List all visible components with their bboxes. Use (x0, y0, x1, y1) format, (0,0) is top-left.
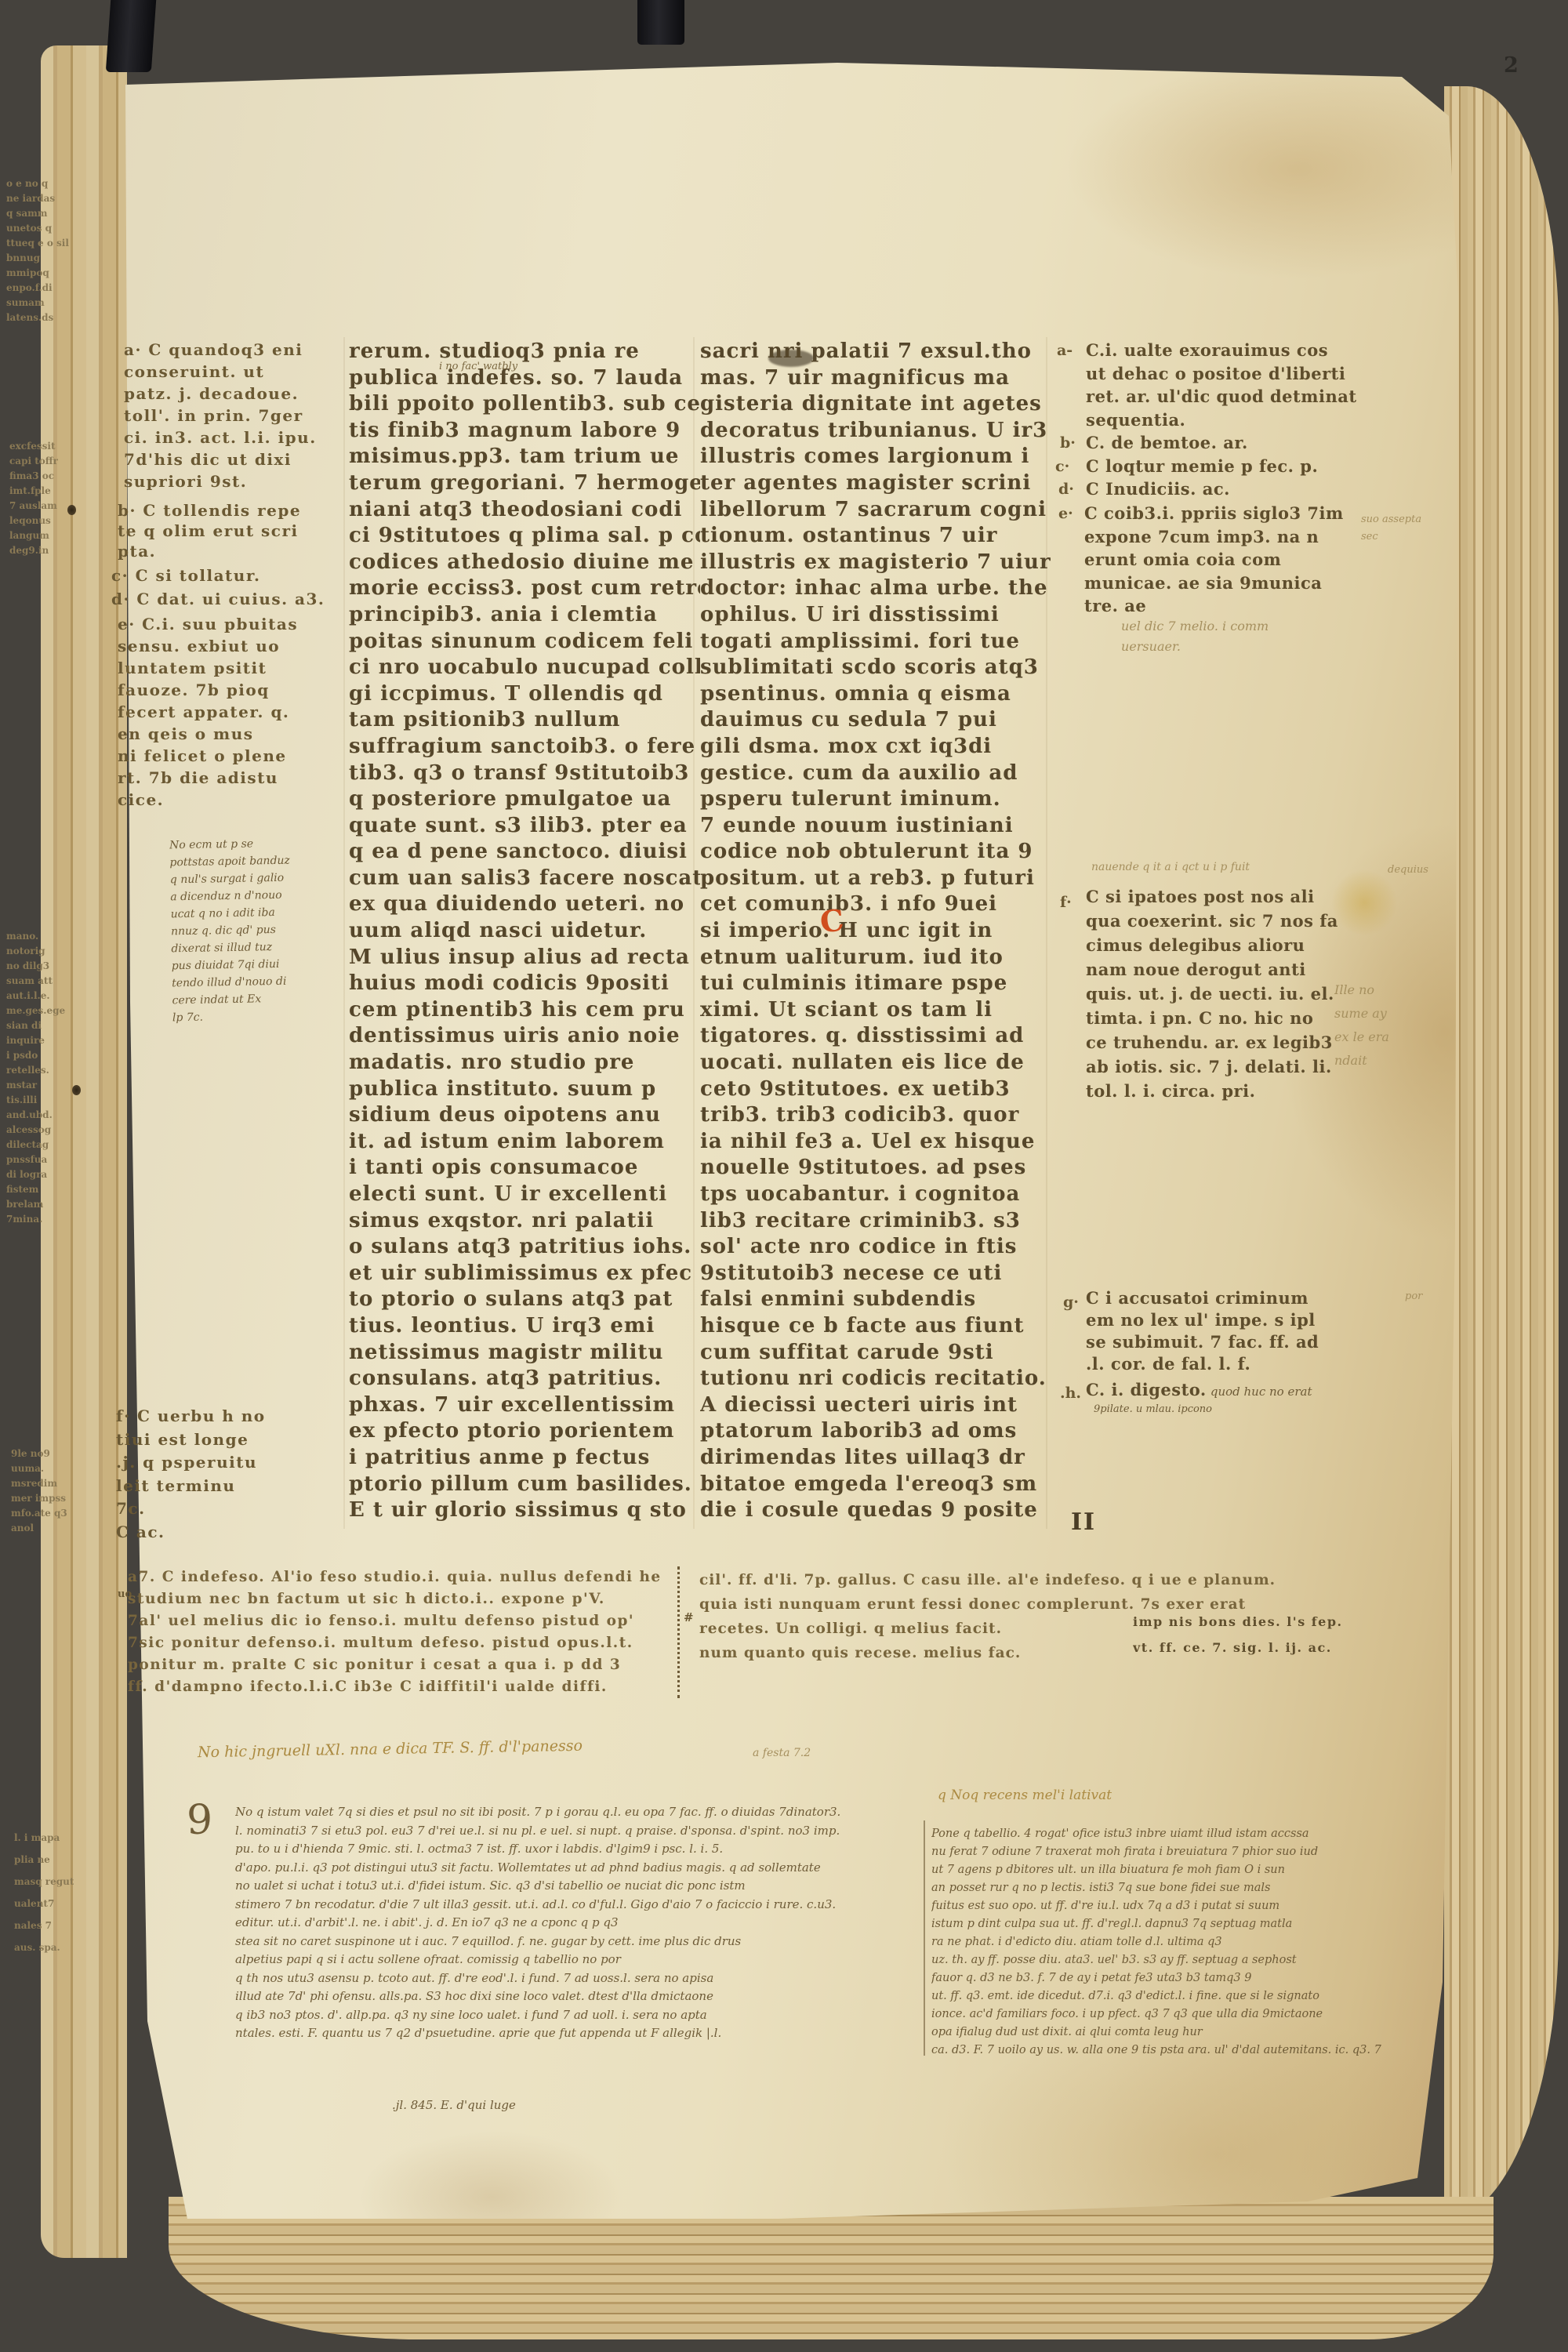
gloss-f: f· C uerbu h notiui est longe.j. q psper… (116, 1405, 266, 1544)
gloss-b: b· C tollendis repete q olim erut script… (118, 500, 301, 561)
gloss-line: te q olim erut scri (118, 521, 301, 541)
gloss-line: studium nec bn factum ut sic h dicto.i..… (128, 1588, 662, 1610)
gloss-line: timta. i pn. C no. hic no (1086, 1006, 1338, 1030)
gloss-line: C loqtur memie p fec. p. (1086, 455, 1318, 478)
text-line: doctor: inhac alma urbe. the (700, 575, 1051, 602)
note-line: stimero 7 bn recodatur. d'die 7 ult illa… (235, 1896, 840, 1915)
gloss-line: pta. (118, 541, 301, 561)
text-line: q ea d pene sanctoco. diuisi (349, 839, 700, 866)
interlinear-note: i no fac' watbly (439, 361, 517, 372)
note-line: ucat q no i adit iba (170, 904, 291, 924)
text-line: sol' acte nro codice in ftis (700, 1234, 1051, 1261)
text-line: huius modi codicis 9positi (349, 971, 700, 997)
gloss-line: patz. j. decadoue. (124, 383, 317, 405)
gloss-block-c: C loqtur memie p fec. p. (1086, 455, 1318, 478)
gloss-line: ni felicet o plene (118, 745, 298, 767)
note-line: ca. d3. F. 7 uoilo ay us. w. alla one 9 … (931, 2042, 1381, 2060)
text-line: morie ecciss3. post cum retro (349, 575, 700, 602)
gloss-line: ci. in3. act. l.i. ipu. (124, 426, 317, 448)
annotation-divider (924, 1820, 925, 2056)
note-line: ntales. esti. F. quantu us 7 q2 d'psuetu… (235, 2024, 840, 2043)
gloss-block-f: C si ipatoes post nos aliqua coexerint. … (1086, 884, 1338, 1103)
text-line: tutionu nri codicis recitatio. (700, 1366, 1051, 1392)
gloss-line: 7al' uel melius dic io fenso.i. multu de… (128, 1610, 662, 1632)
note-line: q nul's surgat i galio (170, 869, 291, 889)
text-line: dirimendas lites uillaq3 dr (700, 1445, 1051, 1472)
note-line: ut 7 agens p dbitores ult. un illa biuat… (931, 1861, 1381, 1879)
annotation-block-right: Pone q tabellio. 4 rogat' ofice istu3 in… (931, 1825, 1381, 2060)
note-line: ut. ff. q3. emt. ide dicedut. d7.i. q3 d… (931, 1987, 1381, 2005)
main-text-column-1: rerum. studioq3 pnia republica indefes. … (349, 339, 700, 1524)
gloss-line: vt. ff. ce. 7. sig. l. ij. ac. (1133, 1635, 1343, 1661)
gloss-line: a7. C indefeso. Al'io feso studio.i. qui… (128, 1566, 662, 1588)
gloss-line: b· C tollendis repe (118, 500, 301, 521)
note-line: Pone q tabellio. 4 rogat' ofice istu3 in… (931, 1825, 1381, 1843)
note-line: tendo illud d'nouo di (172, 973, 292, 993)
gloss-line: ce truhendu. ar. ex legib3 (1086, 1030, 1338, 1054)
note-line: alpetius papi q si i actu sollene ofraat… (235, 1951, 840, 1969)
text-line: it. ad istum enim laborem (349, 1129, 700, 1156)
text-line: codices athedosio diuine me (349, 550, 700, 576)
text-line: poitas sinunum codicem feli (349, 629, 700, 655)
text-line: tionum. ostantinus 7 uir (700, 523, 1051, 550)
gloss-line: tiui est longe (116, 1428, 266, 1452)
text-line: ex qua diuidendo ueteri. no (349, 891, 700, 918)
text-line: et uir sublimissimus ex pfec (349, 1261, 700, 1287)
gloss-h-note2: 9pilate. u mlau. ipcono (1094, 1403, 1212, 1415)
text-line: principib3. ania i clemtia (349, 602, 700, 629)
gloss-line: fauoze. 7b pioq (118, 679, 298, 701)
gloss-line: cil'. ff. d'li. 7p. gallus. C casu ille.… (699, 1568, 1276, 1592)
faint-pol: por (1405, 1290, 1422, 1302)
text-line: A diecissi uecteri uiris int (700, 1392, 1051, 1419)
gloss-e: e· C.i. suu pbuitassensu. exbiut uolunta… (118, 613, 298, 811)
gloss-line: sensu. exbiut uo (118, 635, 298, 657)
gloss-marker-d: d· (1058, 481, 1074, 498)
text-line: dauimus cu sedula 7 pui (700, 707, 1051, 734)
text-line: electi sunt. U ir excellenti (349, 1181, 700, 1208)
gloss-a: a· C quandoq3 eniconseruint. utpatz. j. … (124, 339, 317, 492)
main-text-column-2: sacri nri palatii 7 exsul.thomas. 7 uir … (700, 339, 1051, 1524)
gloss-line: .l. cor. de fal. l. f. (1086, 1353, 1319, 1375)
text-line: ptorio pillum cum basilides. (349, 1472, 700, 1498)
text-line: mas. 7 uir magnificus ma (700, 365, 1051, 392)
gloss-line: ponitur m. pralte C sic ponitur i cesat … (128, 1654, 662, 1676)
hash-mark: # (684, 1610, 694, 1624)
text-line: tam psitionib3 nullum (349, 707, 700, 734)
text-line: gisteria dignitate int agetes (700, 391, 1051, 418)
note-line: pus diuidat 7qi diui (172, 956, 292, 975)
text-line: publica indefes. so. 7 lauda (349, 365, 700, 392)
gloss-h-label: C. i. digesto. (1086, 1380, 1207, 1399)
column-rule (343, 337, 345, 1529)
gloss-line: supriori 9st. (124, 470, 317, 492)
gloss-line: en qeis o mus (118, 723, 298, 745)
text-line: psentinus. omnia q eisma (700, 681, 1051, 708)
gloss-line: ret. ar. ul'dic quod detminat (1086, 385, 1357, 408)
text-line: ptatorum laborib3 ad oms (700, 1418, 1051, 1445)
gloss-d: d· C dat. ui cuius. a3. (111, 588, 325, 610)
gloss-line: quis. ut. j. de uecti. iu. el. (1086, 982, 1338, 1006)
text-line: ter agentes magister scrini (700, 470, 1051, 497)
text-line: bili ppoito pollentib3. sub cer (349, 391, 700, 418)
text-line: die i cosule quedas 9 posite (700, 1497, 1051, 1524)
text-line: ex pfecto ptorio porientem (349, 1418, 700, 1445)
note-line: editur. ut.i. d'arbit'.l. ne. i abit'. j… (235, 1914, 840, 1933)
margin-cursive-note: No ecm ut p sepottstas apoit banduzq nul… (169, 835, 293, 1027)
text-line: decoratus tribunianus. U ir3 (700, 418, 1051, 445)
edge-fragments-mid: mano.notorigno dilg3suam attaut.i.l.e.me… (6, 929, 65, 1227)
note-line: No ecm ut p se (169, 835, 290, 855)
note-line: an posset rur q no p lectis. isti3 7q su… (931, 1879, 1381, 1897)
text-line: phxas. 7 uir excellentissim (349, 1392, 700, 1419)
gloss-line: ff. d'dampno ifecto.l.i.C ib3e C idiffit… (128, 1676, 662, 1698)
text-line: tps uocabantur. i cognitoa (700, 1181, 1051, 1208)
gloss-e-faint-tail: uel dic 7 melio. i commuersuaer. (1121, 616, 1269, 657)
faint-dequius: dequius (1388, 864, 1428, 876)
gloss-line: imp nis bons dies. l's fep. (1133, 1609, 1343, 1635)
text-line: quate sunt. s3 ilib3. pter ea (349, 813, 700, 840)
text-line: nouelle 9stitutoes. ad pses (700, 1155, 1051, 1181)
gloss-line: ut dehac o positoe d'liberti (1086, 362, 1357, 386)
text-line: gi iccpimus. T ollendis qd (349, 681, 700, 708)
gloss-line: e· C.i. suu pbuitas (118, 613, 298, 635)
gloss-line: c· C si tollatur. (111, 564, 260, 586)
note-line: pottstas apoit banduz (169, 852, 290, 872)
gloss-line: a· C quandoq3 eni (124, 339, 317, 361)
text-line: uocati. nullaten eis lice de (700, 1050, 1051, 1076)
text-line: M ulius insup alius ad recta (349, 945, 700, 971)
text-line: cem ptinentib3 his cem pru (349, 997, 700, 1024)
text-line: rerum. studioq3 pnia re (349, 339, 700, 365)
binding-strap-icon (106, 0, 156, 72)
note-line: istum p dint culpa sua ut. ff. d'regl.l.… (931, 1915, 1381, 1933)
text-line: madatis. nro studio pre (349, 1050, 700, 1076)
text-line: libellorum 7 sacrarum cogni (700, 497, 1051, 524)
gloss-line: rt. 7b die adistu (118, 767, 298, 789)
text-line: cum suffitat carude 9sti (700, 1340, 1051, 1367)
gloss-line: leit terminu (116, 1475, 266, 1498)
note-line: lp 7c. (172, 1007, 293, 1027)
gloss-line: expone 7cum imp3. na n (1084, 525, 1344, 549)
gloss-line: qua coexerint. sic 7 nos fa (1086, 909, 1338, 933)
annotation-block-left: No q istum valet 7q si dies et psul no s… (235, 1803, 840, 2043)
gloss-block-a: C.i. ualte exorauimus cosut dehac o posi… (1086, 339, 1357, 431)
gloss-line: C si ipatoes post nos ali (1086, 884, 1338, 909)
gloss-line: ab iotis. sic. 7 j. delati. li. (1086, 1054, 1338, 1079)
note-line: q ib3 no3 ptos. d'. allp.pa. q3 ny sine … (235, 2006, 840, 2025)
gloss-marker-c: c· (1055, 458, 1069, 475)
note-line: uz. th. ay ff. posse diu. ata3. uel' b3.… (931, 1951, 1381, 1969)
text-line: o sulans atq3 patritius iohs. (349, 1234, 700, 1261)
gloss-line: 7d'his dic ut dixi (124, 448, 317, 470)
text-line: positum. ut a reb3. p futuri (700, 866, 1051, 892)
gloss-line: C Inudiciis. ac. (1086, 477, 1230, 501)
text-line: gestice. cum da auxilio ad (700, 760, 1051, 787)
text-line: sublimitati scdo scoris atq3 (700, 655, 1051, 681)
text-line: illustris ex magisterio 7 uiur (700, 550, 1051, 576)
note-line: fauor q. d3 ne b3. f. 7 de ay i petat fe… (931, 1969, 1381, 1987)
gloss-line: C. de bemtoe. ar. (1086, 431, 1248, 455)
text-line: dentissimus uiris anio noie (349, 1023, 700, 1050)
gloss-line: nam noue derogut anti (1086, 957, 1338, 982)
text-line: consulans. atq3 patritius. (349, 1366, 700, 1392)
note-line: cere indat ut Ex (172, 990, 292, 1010)
gloss-divider-dotted (677, 1566, 681, 1698)
paragraph-sign: 9 (187, 1797, 212, 1844)
gloss-line: C ac. (116, 1521, 266, 1544)
photo-backdrop: 2 o e no qne iardasq sammunetos qttueq e… (0, 0, 1568, 2352)
text-line: tib3. q3 o transf 9stitutoib3 (349, 760, 700, 787)
text-line: 7 eunde nouum iustiniani (700, 813, 1051, 840)
gloss-h-note: quod huc no erat (1210, 1385, 1312, 1399)
note-line: ra ne phat. i d'edicto diu. atiam tolle … (931, 1933, 1381, 1951)
text-line: i tanti opis consumacoe (349, 1155, 700, 1181)
text-line: uum aliqd nasci uidetur. (349, 918, 700, 945)
gloss-marker-g: g· (1063, 1294, 1079, 1311)
text-line: ophilus. U iri disstissimi (700, 602, 1051, 629)
gloss-marker-h: .h. (1060, 1385, 1081, 1402)
edge-fragments-top: o e no qne iardasq sammunetos qttueq e o… (6, 176, 69, 325)
text-line: ci nro uocabulo nucupad colli (349, 655, 700, 681)
text-line: hisque ce b facte aus fiunt (700, 1313, 1051, 1340)
gloss-line: f· C uerbu h no (116, 1405, 266, 1428)
text-line: si imperio. H unc igit in (700, 918, 1051, 945)
text-line: trib3. trib3 codicib3. quor (700, 1102, 1051, 1129)
gloss-block-h: C. i. digesto. quod huc no erat (1086, 1378, 1312, 1402)
gloss-line: em no lex ul' impe. s ipl (1086, 1309, 1319, 1331)
gloss-line: sequentia. (1086, 408, 1357, 432)
text-line: simus exqstor. nri palatii (349, 1208, 700, 1235)
annotation-right-heading: q Noq recens mel'i lativat (938, 1788, 1112, 1803)
faint-note-suo: suo asseptasec (1361, 511, 1421, 546)
edge-fragments-lower: 9le no9uuma.msredimmer impssmfo.ate q3an… (11, 1446, 67, 1536)
text-line: sacri nri palatii 7 exsul.tho (700, 339, 1051, 365)
note-line: l. nominati3 7 si etu3 pol. eu3 7 d'rei … (235, 1822, 840, 1841)
text-line: 9stitutoib3 necese ce uti (700, 1261, 1051, 1287)
gloss-line: C coib3.i. ppriis siglo3 7im (1084, 502, 1344, 525)
faint-line-mid: nauende q it a i qct u i p fuit (1091, 861, 1250, 873)
text-line: to ptorio o sulans atq3 pat (349, 1287, 700, 1313)
text-line: terum gregoriani. 7 hermoge (349, 470, 700, 497)
note-line: no ualet si uchat i totu3 ut.i. d'fidei … (235, 1877, 840, 1896)
gloss-line: erunt omia coia com (1084, 548, 1344, 572)
text-line: netissimus magistr militu (349, 1340, 700, 1367)
gloss-line: toll'. in prin. 7ger (124, 405, 317, 426)
gloss-line: conseruint. ut (124, 361, 317, 383)
edge-fragments-upper: excfessitcapi toffrfima3 ocimt.fple7 aus… (9, 439, 58, 558)
gloss-line: luntatem psitit (118, 657, 298, 679)
quire-mark: II (1071, 1508, 1096, 1536)
gloss-line: cimus delegibus alioru (1086, 933, 1338, 957)
gloss-line: C.i. ualte exorauimus cos (1086, 339, 1357, 362)
gloss-marker-a: a- (1057, 342, 1073, 359)
gloss-line: .j. q psperuitu (116, 1451, 266, 1475)
text-line: ceto 9stitutoes. ex uetib3 (700, 1076, 1051, 1103)
gloss-marker-b: b· (1060, 434, 1076, 452)
text-line: psperu tulerunt iminum. (700, 786, 1051, 813)
text-line: togati amplissimi. fori tue (700, 629, 1051, 655)
text-line: gili dsma. mox cxt iq3di (700, 734, 1051, 760)
bottom-gloss-left: a7. C indefeso. Al'io feso studio.i. qui… (128, 1566, 662, 1698)
fore-edge-pages (1444, 86, 1559, 2220)
text-line: tius. leontius. U irq3 emi (349, 1313, 700, 1340)
note-line: a dicenduz n d'nouo (170, 887, 291, 906)
gloss-line: tre. ae (1084, 594, 1344, 618)
text-line: tis finib3 magnum labore 9 (349, 418, 700, 445)
gloss-line: 7c. (116, 1497, 266, 1521)
note-line: nnuz q. dic qd' pus (171, 921, 292, 941)
gloss-line: tol. l. i. circa. pri. (1086, 1079, 1338, 1103)
folio-number: 2 (1504, 53, 1519, 78)
faint-note-ille: Ille nosume ayex le erandait (1334, 978, 1389, 1073)
gloss-line: 7sic ponitur defenso.i. multum defeso. p… (128, 1632, 662, 1654)
text-line: codice nob obtulerunt ita 9 (700, 839, 1051, 866)
text-line: i patritius anme p fectus (349, 1445, 700, 1472)
text-line: etnum ualiturum. iud ito (700, 945, 1051, 971)
text-line: misimus.pp3. tam trium ue (349, 444, 700, 470)
annotation-left-final: .jl. 845. E. d'qui luge (392, 2098, 516, 2112)
text-line: cet comunib3. i nfo 9uei (700, 891, 1051, 918)
gloss-line: se subimuit. 7 fac. ff. ad (1086, 1331, 1319, 1353)
note-line: ionce. ac'd familiars foco. i up pfect. … (931, 2005, 1381, 2024)
gloss-marker-e: e· (1058, 505, 1073, 522)
gloss-marker-f: f· (1060, 894, 1072, 911)
gloss-block-g: C i accusatoi criminumem no lex ul' impe… (1086, 1287, 1319, 1375)
text-line: publica instituto. suum p (349, 1076, 700, 1103)
text-line: illustris comes largionum i (700, 444, 1051, 470)
gloss-block-b: C. de bemtoe. ar. (1086, 431, 1248, 455)
text-line: q posteriore pmulgatoe ua (349, 786, 700, 813)
note-line: stea sit no caret suspinone ut i auc. 7 … (235, 1933, 840, 1951)
text-line: falsi enmini subdendis (700, 1287, 1051, 1313)
note-line: d'apo. pu.l.i. q3 pot distingui utu3 sit… (235, 1859, 840, 1878)
text-line: E t uir glorio sissimus q sto (349, 1497, 700, 1524)
worm-hole (67, 505, 76, 515)
note-line: illud ate 7d' phi ofensu. alls.pa. S3 ho… (235, 1987, 840, 2006)
rubric-paragraph-mark: C (818, 902, 846, 940)
text-line: niani atq3 theodosiani codi (349, 497, 700, 524)
text-line: cum uan salis3 facere noscat. (349, 866, 700, 892)
gloss-line: fecert appater. q. (118, 701, 298, 723)
text-line: lib3 recitare criminib3. s3 (700, 1208, 1051, 1235)
note-line: No q istum valet 7q si dies et psul no s… (235, 1803, 840, 1822)
gloss-line: d· C dat. ui cuius. a3. (111, 588, 325, 610)
text-line: sidium deus oipotens anu (349, 1102, 700, 1129)
gloss-line: C i accusatoi criminum (1086, 1287, 1319, 1309)
note-line: fuitus est suo opo. ut ff. d're iu.l. ud… (931, 1897, 1381, 1915)
gloss-block-e: C coib3.i. ppriis siglo3 7imexpone 7cum … (1084, 502, 1344, 618)
bottom-gloss-right-tail: imp nis bons dies. l's fep.vt. ff. ce. 7… (1133, 1609, 1343, 1661)
text-line: ximi. Ut sciant os tam li (700, 997, 1051, 1024)
note-line: pu. to u i d'hienda 7 9mic. sti. l. octm… (235, 1840, 840, 1859)
note-line: q th nos utu3 asensu p. tcoto aut. ff. d… (235, 1969, 840, 1988)
gloss-line: cice. (118, 789, 298, 811)
bookmark-tab-icon (637, 0, 684, 45)
gloss-block-d: C Inudiciis. ac. (1086, 477, 1230, 501)
text-line: tigatores. q. disstissimi ad (700, 1023, 1051, 1050)
gloss-c: c· C si tollatur. (111, 564, 260, 586)
annotation-heading-tail: a festa 7.2 (753, 1747, 811, 1759)
text-line: ci 9stitutoes q plima sal. p cod (349, 523, 700, 550)
text-line: ia nihil fe3 a. Uel ex hisque (700, 1129, 1051, 1156)
note-line: nu ferat 7 odiune 7 traxerat moh firata … (931, 1843, 1381, 1861)
note-line: dixerat si illud tuz (171, 938, 292, 958)
text-line: tui culminis itimare pspe (700, 971, 1051, 997)
gloss-line: municae. ae sia 9munica (1084, 572, 1344, 595)
text-line: bitatoe emgeda l'ereoq3 sm (700, 1472, 1051, 1498)
text-line: suffragium sanctoib3. o fere (349, 734, 700, 760)
edge-fragments-bottom: l. i mapaplia nemasq regutualent7nales 7… (14, 1827, 74, 1958)
note-line: opa ifialug dud ust dixit. ai qlui comta… (931, 2024, 1381, 2042)
worm-hole (72, 1085, 81, 1095)
